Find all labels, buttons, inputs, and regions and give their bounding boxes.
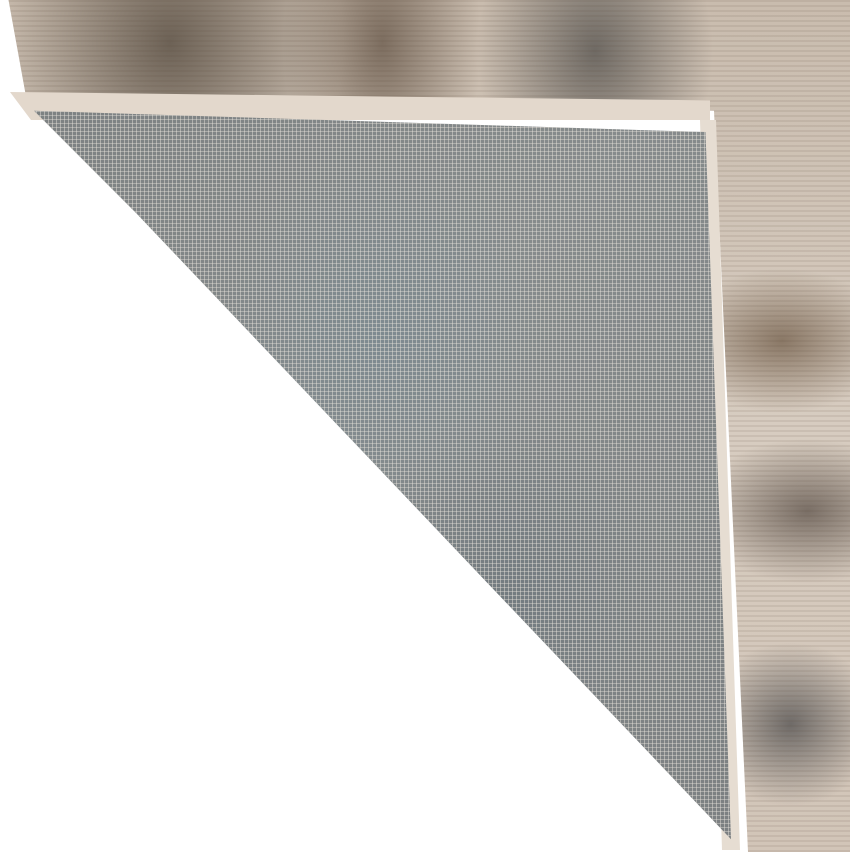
product-photo: Beige and brown distressed-pattern rug f… — [0, 0, 850, 852]
